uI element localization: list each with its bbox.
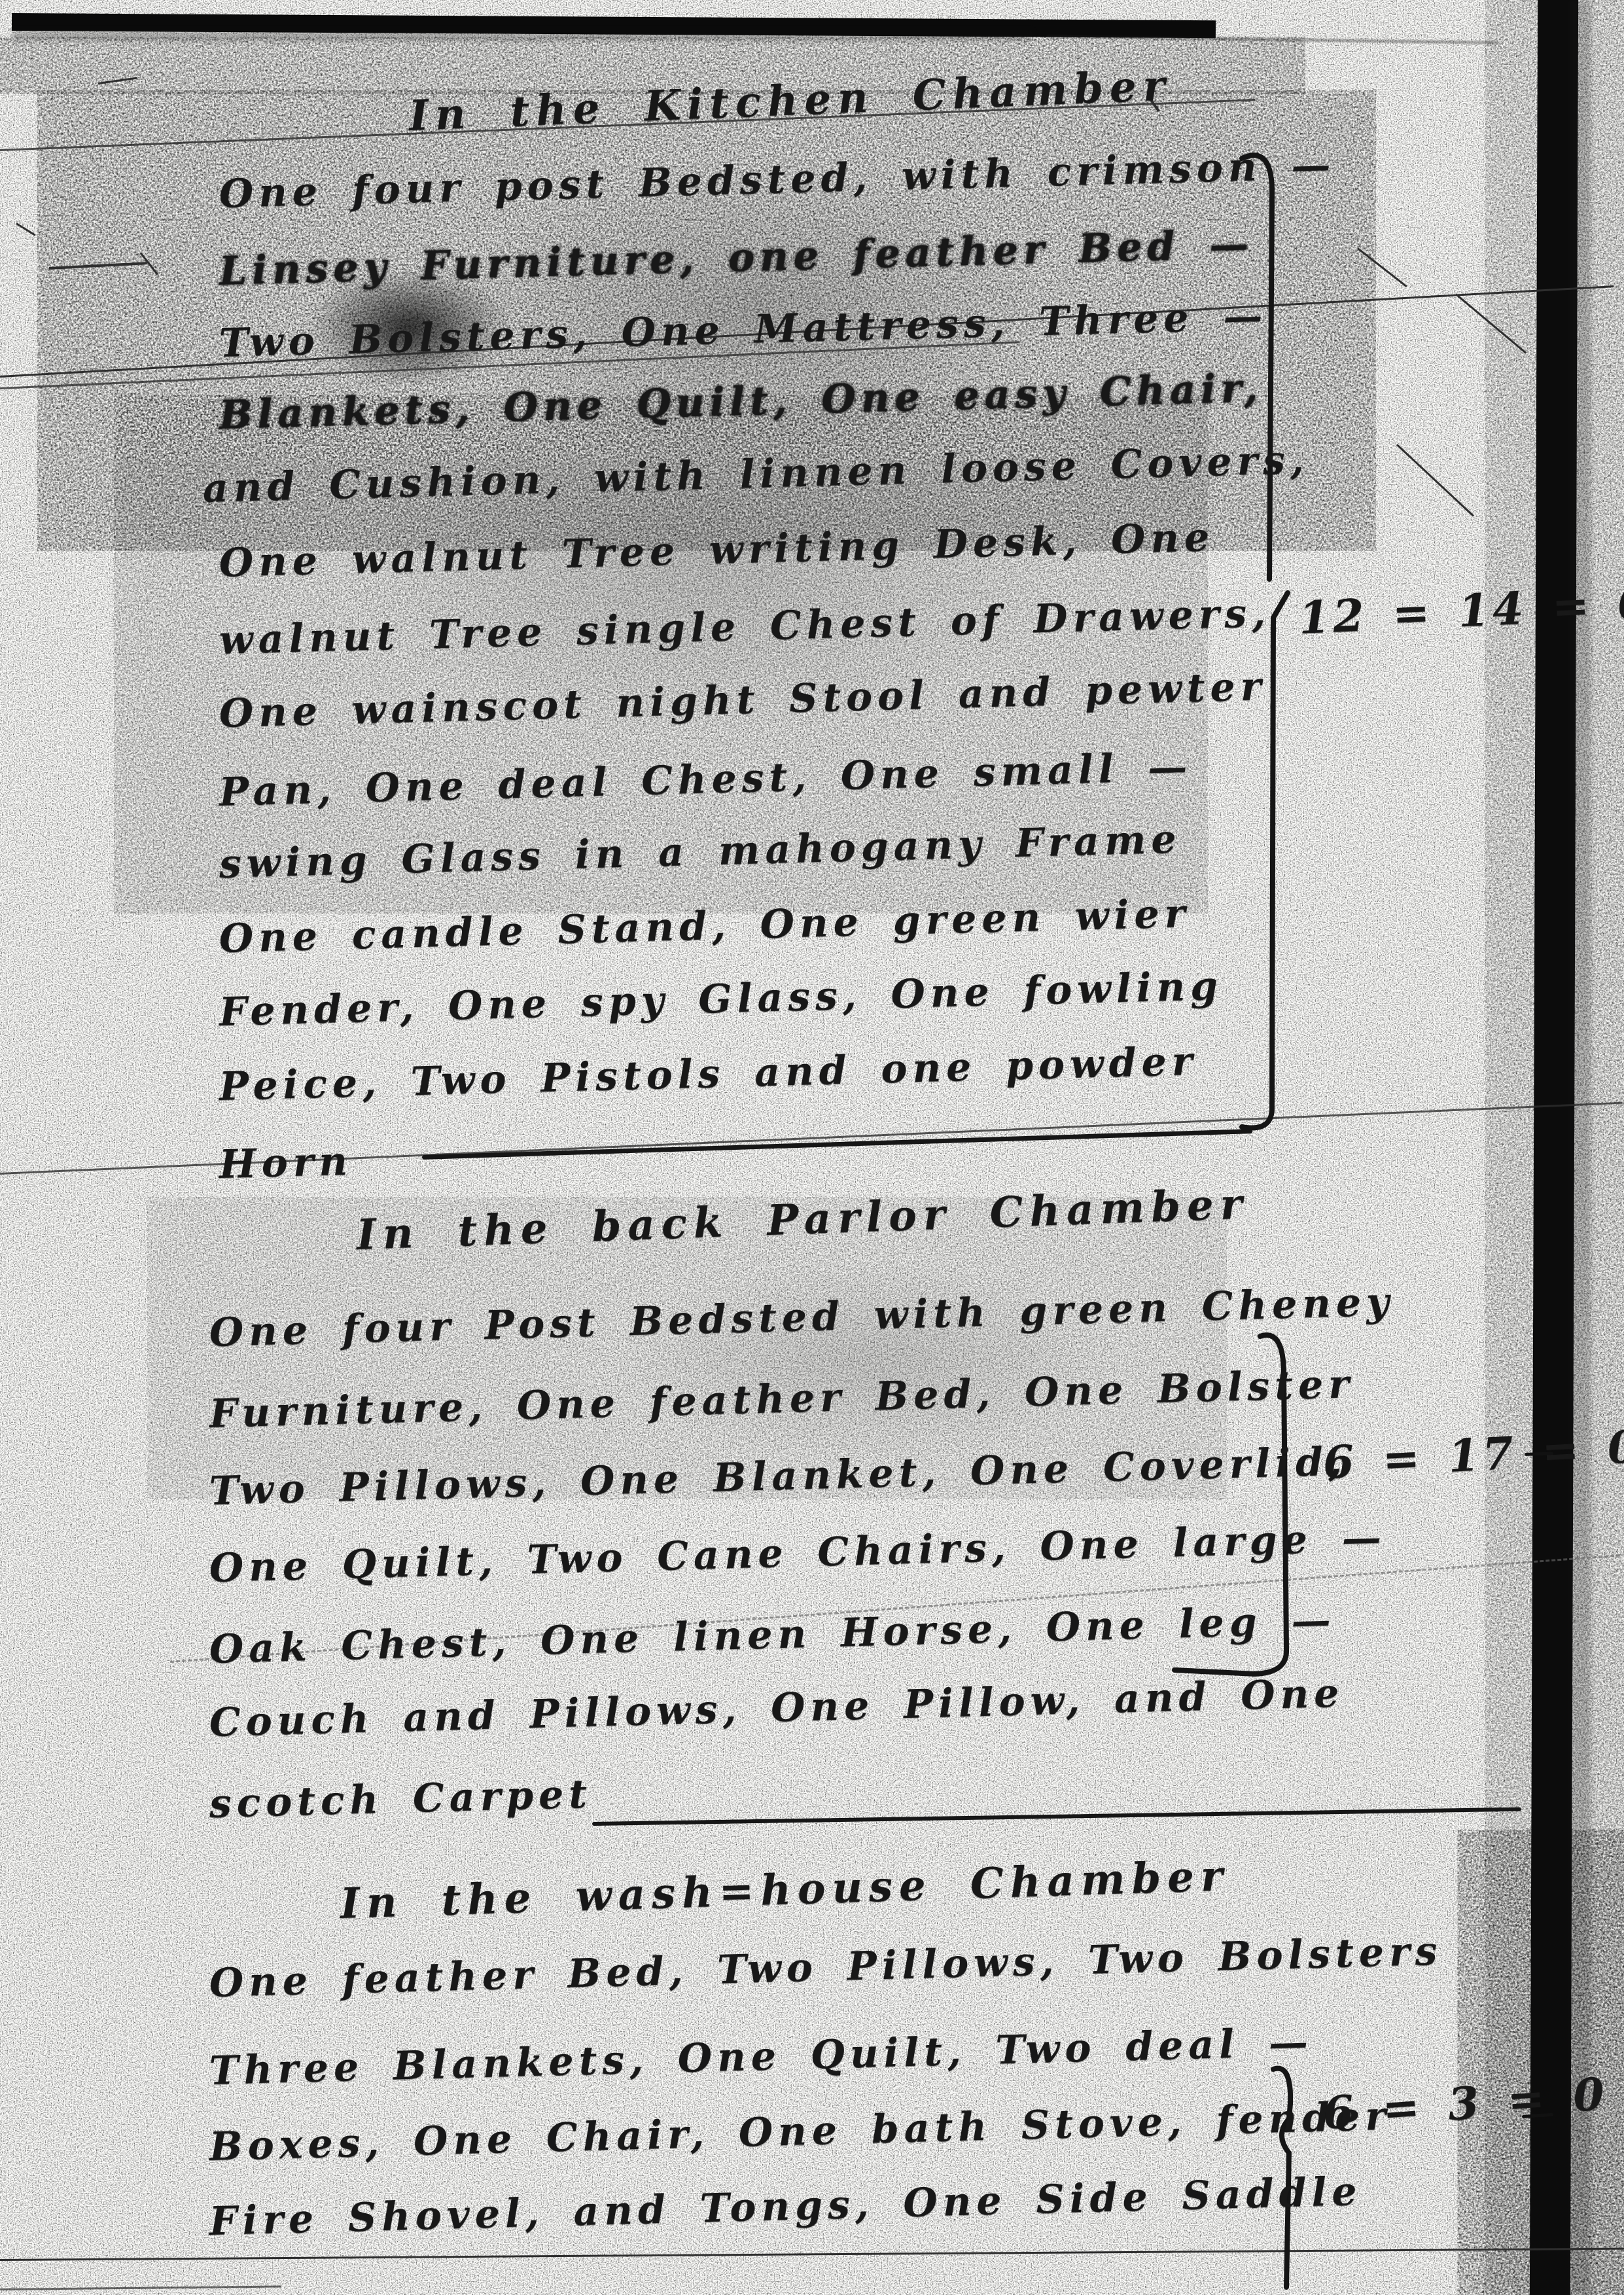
document-page: In the Kitchen Chamber One four post Bed… [0, 0, 1624, 2295]
inventory-line: Horn [219, 1139, 353, 1188]
